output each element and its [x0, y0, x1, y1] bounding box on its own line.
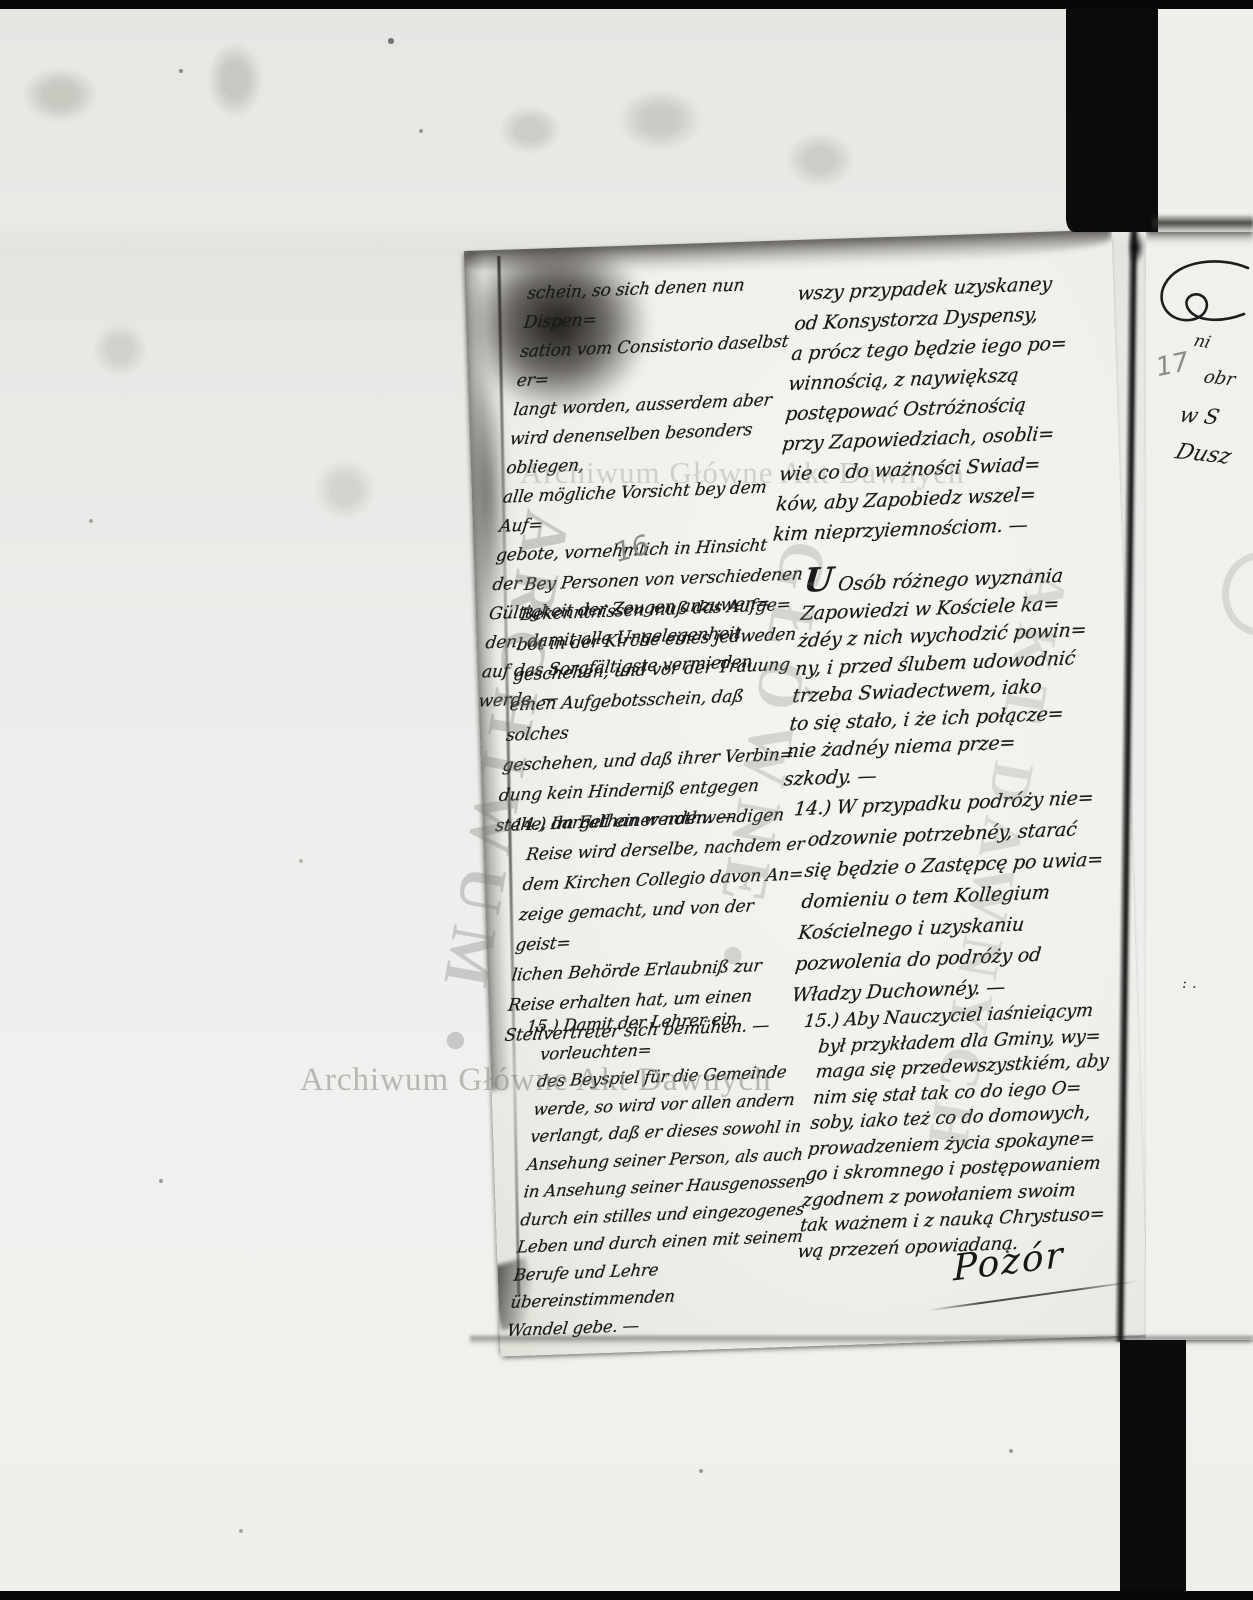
polish-item-15: 15.) Aby Nauczyciel iaśnieiącym był przy…	[796, 996, 1134, 1264]
adjacent-page-corner-shadow	[1152, 214, 1253, 234]
film-black-band-bottom-right	[1120, 1340, 1186, 1596]
next-page-text-fragment: w S	[1177, 403, 1222, 429]
polish-paragraph-closing: wszy przypadek uzyskaney od Konsystorza …	[772, 267, 1105, 550]
next-page-text-fragment: Dusz	[1172, 439, 1234, 469]
polish-item-14: 14.) W przypadku podróży nie= odzownie p…	[790, 782, 1117, 1012]
microfilm-scan: schein, so sich denen nun Dispen= sation…	[0, 0, 1253, 1600]
german-item-15: 15.) Damit der Lehrer ein vorleuchten= d…	[506, 1001, 846, 1344]
next-page-ink-mark: : .	[1182, 974, 1197, 992]
manuscript-page: schein, so sich denen nun Dispen= sation…	[464, 230, 1148, 1357]
film-black-band-top-right	[1066, 6, 1158, 232]
next-page-edge: 17 ni obr w S Dusz : .	[1146, 232, 1253, 1340]
page-gutter-ink-drip	[1127, 230, 1145, 326]
film-edge-top	[0, 0, 1253, 9]
film-edge-bottom	[0, 1591, 1253, 1600]
polish-paragraph-banns: U Osób różnego wyznania Zapowiedzi w Koś…	[783, 555, 1111, 794]
next-page-text-fragment: obr	[1202, 367, 1238, 391]
german-paragraph-banns: Bey Personen von verschiedenen Bekenntni…	[494, 559, 818, 841]
adjacent-page-corner	[1158, 9, 1253, 216]
pencil-next-folio-number: 17	[1153, 347, 1192, 383]
